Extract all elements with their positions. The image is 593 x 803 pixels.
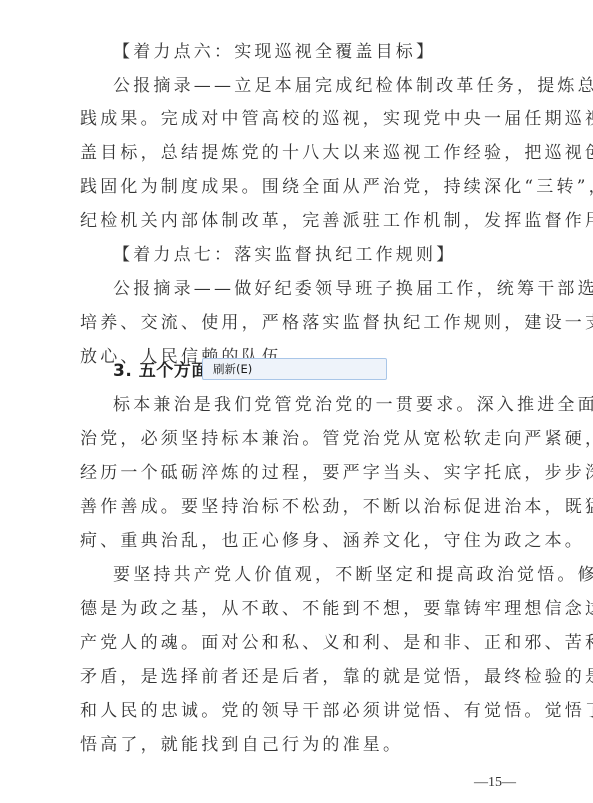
document-page: 【着力点六：实现巡视全覆盖目标】 公报摘录——立足本届完成纪检体制改革任务，提炼… — [0, 0, 593, 803]
section7-title: 【着力点七：落实监督执纪工作规则】 — [113, 245, 520, 265]
section6-title: 【着力点六：实现巡视全覆盖目标】 — [113, 42, 520, 62]
context-menu: 刷新(E) — [202, 358, 387, 380]
paragraph1-line-2: 治党，必须坚持标本兼治。管党治党从宽松软走向严紧硬，需要 — [80, 429, 520, 449]
section7-line-2: 培养、交流、使用，严格落实监督执纪工作规则，建设一支让党 — [80, 313, 520, 333]
paragraph2-line-3: 产党人的魂。面对公和私、义和利、是和非、正和邪、苦和乐的 — [80, 633, 520, 653]
paragraph1-line-4: 善作善成。要坚持治标不松劲，不断以治标促进治本，既猛药去 — [80, 497, 520, 517]
section6-line-3: 盖目标，总结提炼党的十八大以来巡视工作经验，把巡视创新实 — [80, 143, 520, 163]
heading-3-visible: 3. 五个方面 — [113, 361, 209, 381]
section6-line-2: 践成果。完成对中管高校的巡视，实现党中央一届任期巡视全覆 — [80, 109, 520, 129]
paragraph2-line-1: 要坚持共产党人价值观，不断坚定和提高政治觉悟。修身立 — [113, 565, 520, 585]
paragraph2-line-6: 悟高了，就能找到自己行为的准星。 — [80, 735, 520, 755]
section6-line-1: 公报摘录——立足本届完成纪检体制改革任务，提炼总结实 — [113, 76, 520, 96]
section6-line-5: 纪检机关内部体制改革，完善派驻工作机制，发挥监督作用。 — [80, 211, 520, 231]
section6-line-4: 践固化为制度成果。围绕全面从严治党，持续深化“三转”，推进 — [80, 177, 520, 197]
paragraph1-line-5: 疴、重典治乱，也正心修身、涵养文化，守住为政之本。 — [80, 531, 520, 551]
page-number: —15— — [474, 775, 516, 791]
context-menu-item-refresh[interactable]: 刷新(E) — [213, 362, 252, 376]
section7-line-1: 公报摘录——做好纪委领导班子换届工作，统筹干部选拔、 — [113, 279, 520, 299]
paragraph2-line-2: 德是为政之基，从不敢、不能到不想，要靠铸牢理想信念这个共 — [80, 599, 520, 619]
paragraph2-line-5: 和人民的忠诚。党的领导干部必须讲觉悟、有觉悟。觉悟了，觉 — [80, 701, 520, 721]
paragraph2-line-4: 矛盾，是选择前者还是后者，靠的就是觉悟，最终检验的是对党 — [80, 667, 520, 687]
paragraph1-line-1: 标本兼治是我们党管党治党的一贯要求。深入推进全面从严 — [113, 395, 520, 415]
paragraph1-line-3: 经历一个砥砺淬炼的过程，要严字当头、实字托底，步步深入、 — [80, 463, 520, 483]
